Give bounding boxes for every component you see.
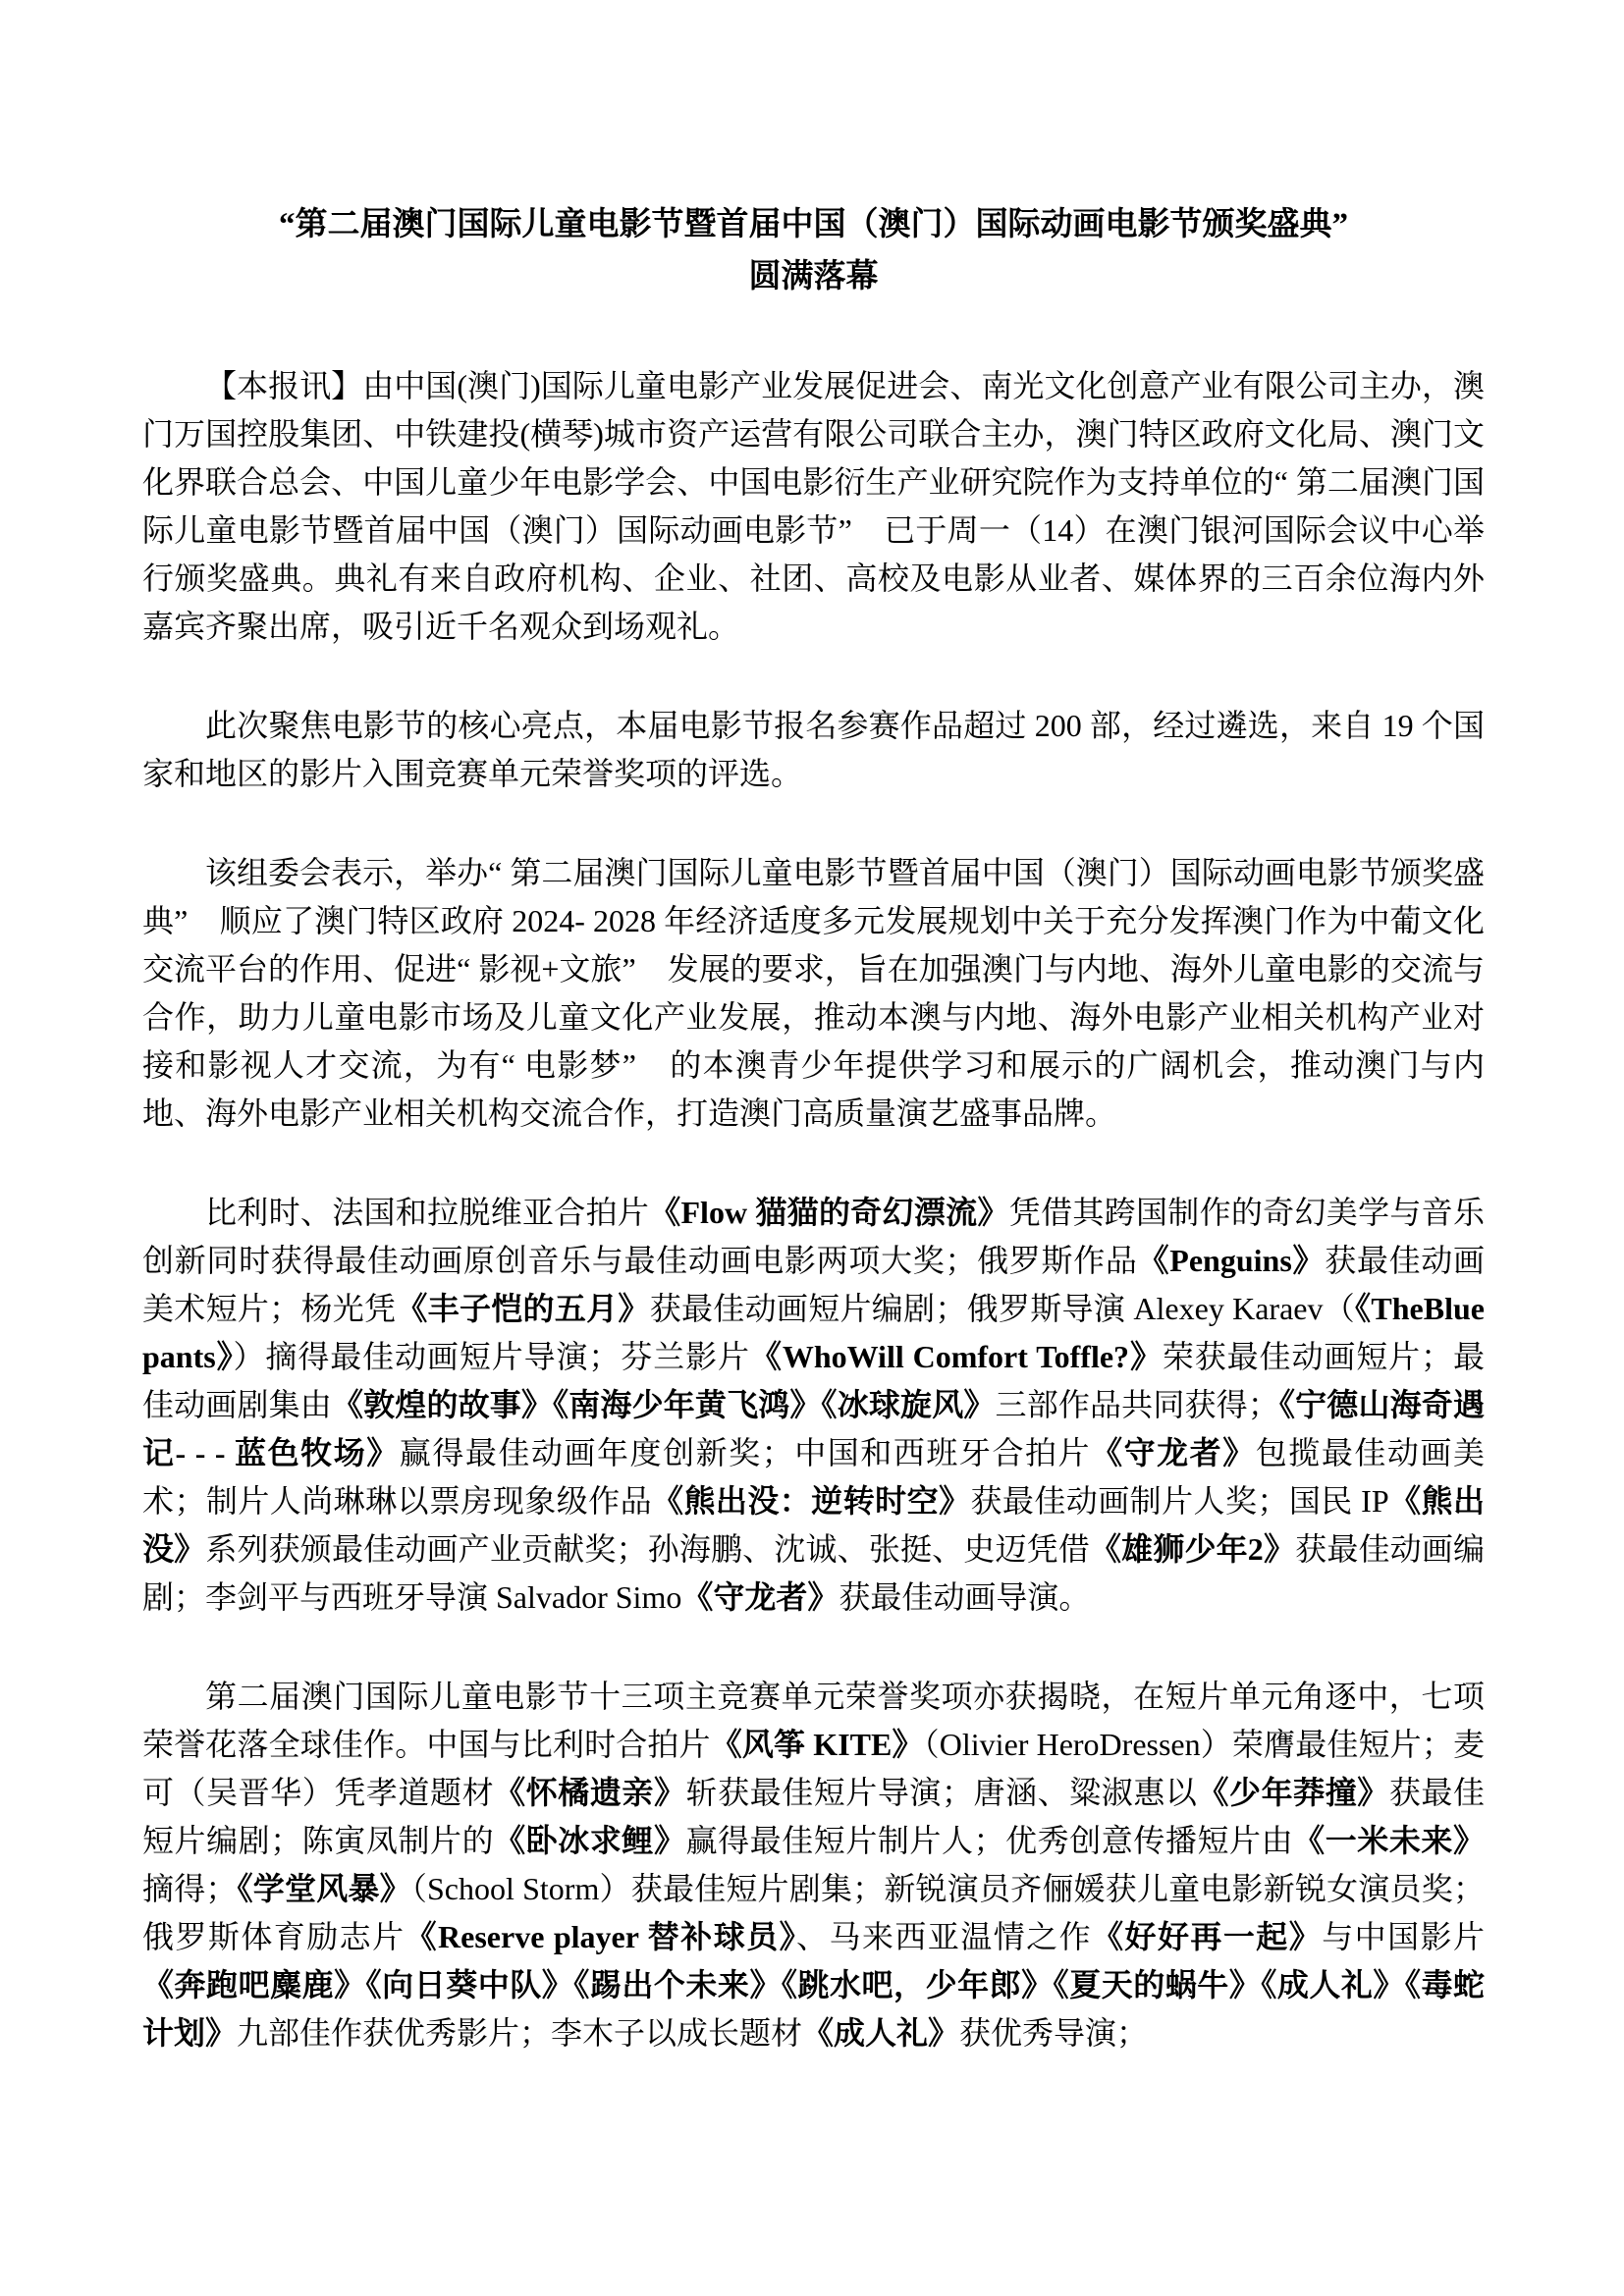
film-title-bold-text: 《守龙者》 <box>681 1579 839 1615</box>
body-text: 获最佳动画短片编剧；俄罗斯导演 Alexey Karaev（ <box>650 1291 1355 1326</box>
body-text: 赢得最佳短片制片人；优秀创意传播短片由 <box>686 1823 1294 1858</box>
document-title: “第二届澳门国际儿童电影节暨首届中国（澳门）国际动画电影节颁奖盛典” 圆满落幕 <box>142 199 1485 303</box>
film-title-bold-text: 《少年莽撞》 <box>1197 1775 1388 1810</box>
body-text: 赢得最佳动画年度创新奖；中国和西班牙合拍片 <box>400 1435 1091 1470</box>
body-text: 获最佳动画导演。 <box>839 1579 1090 1615</box>
body-text: 、马来西亚温情之作 <box>796 1919 1092 1954</box>
film-title-bold-text: 《风筝 KITE》 <box>711 1727 924 1762</box>
film-title-bold-text: 《WhoWill Comfort Toffle?》 <box>750 1339 1163 1374</box>
paragraph: 此次聚焦电影节的核心亮点，本届电影节报名参赛作品超过 200 部，经过遴选，来自… <box>142 702 1485 798</box>
film-title-bold-text: 《丰子恺的五月》 <box>396 1291 649 1326</box>
body-text: 比利时、法国和拉脱维亚合拍片 <box>205 1195 649 1230</box>
film-title-bold-text: 《Reserve player 替补球员》 <box>406 1919 796 1954</box>
film-title-bold-text: 《敦煌的故事》《南海少年黄飞鸿》《冰球旋风》 <box>332 1387 996 1422</box>
body-text: 斩获最佳短片导演；唐涵、粱淑惠以 <box>686 1775 1198 1810</box>
document-page: “第二届澳门国际儿童电影节暨首届中国（澳门）国际动画电影节颁奖盛典” 圆满落幕 … <box>0 0 1624 2296</box>
paragraph: 比利时、法国和拉脱维亚合拍片《Flow 猫猫的奇幻漂流》凭借其跨国制作的奇幻美学… <box>142 1189 1485 1622</box>
body-text: 该组委会表示，举办“ 第二届澳门国际儿童电影节暨首届中国（澳门）国际动画电影节颁… <box>142 855 1485 1131</box>
body-text: 【本报讯】由中国(澳门)国际儿童电影产业发展促进会、南光文化创意产业有限公司主办… <box>142 368 1485 644</box>
document-title-line-1: “第二届澳门国际儿童电影节暨首届中国（澳门）国际动画电影节颁奖盛典” <box>142 199 1485 251</box>
body-text: 九部佳作获优秀影片；李木子以成长题材 <box>237 2015 802 2051</box>
body-text: 与中国影片 <box>1322 1919 1485 1954</box>
paragraph: 第二届澳门国际儿童电影节十三项主竞赛单元荣誉奖项亦获揭晓，在短片单元角逐中，七项… <box>142 1673 1485 2057</box>
body-text: 获最佳动画制片人奖；国民 IP <box>970 1483 1388 1519</box>
film-title-bold-text: 《熊出没：逆转时空》 <box>652 1483 970 1519</box>
film-title-bold-text: 《卧冰求鲤》 <box>494 1823 685 1858</box>
film-title-bold-text: 《怀橘遗亲》 <box>494 1775 685 1810</box>
document-content: “第二届澳门国际儿童电影节暨首届中国（澳门）国际动画电影节颁奖盛典” 圆满落幕 … <box>142 199 1485 2057</box>
body-text: 系列获颁最佳动画产业贡献奖；孙海鹏、沈诚、张挺、史迈凭借 <box>205 1531 1090 1567</box>
film-title-bold-text: 《成人礼》 <box>802 2015 959 2051</box>
body-text: 摘得； <box>142 1871 237 1906</box>
film-title-bold-text: 《雄狮少年2》 <box>1090 1531 1295 1567</box>
body-text: 获优秀导演； <box>959 2015 1148 2051</box>
film-title-bold-text: 《Penguins》 <box>1138 1243 1326 1278</box>
document-title-line-2: 圆满落幕 <box>142 251 1485 303</box>
film-title-bold-text: 《一米未来》 <box>1293 1823 1485 1858</box>
film-title-bold-text: 《守龙者》 <box>1091 1435 1256 1470</box>
paragraph: 该组委会表示，举办“ 第二届澳门国际儿童电影节暨首届中国（澳门）国际动画电影节颁… <box>142 849 1485 1138</box>
paragraph: 【本报讯】由中国(澳门)国际儿童电影产业发展促进会、南光文化创意产业有限公司主办… <box>142 362 1485 651</box>
body-text: ）摘得最佳动画短片导演；芬兰影片 <box>234 1339 750 1374</box>
document-body: 【本报讯】由中国(澳门)国际儿童电影产业发展促进会、南光文化创意产业有限公司主办… <box>142 362 1485 2057</box>
film-title-bold-text: 《学堂风暴》 <box>237 1871 410 1906</box>
film-title-bold-text: 《Flow 猫猫的奇幻漂流》 <box>649 1195 1009 1230</box>
film-title-bold-text: 《好好再一起》 <box>1092 1919 1322 1954</box>
body-text: 三部作品共同获得； <box>996 1387 1279 1422</box>
body-text: 此次聚焦电影节的核心亮点，本届电影节报名参赛作品超过 200 部，经过遴选，来自… <box>142 708 1485 791</box>
